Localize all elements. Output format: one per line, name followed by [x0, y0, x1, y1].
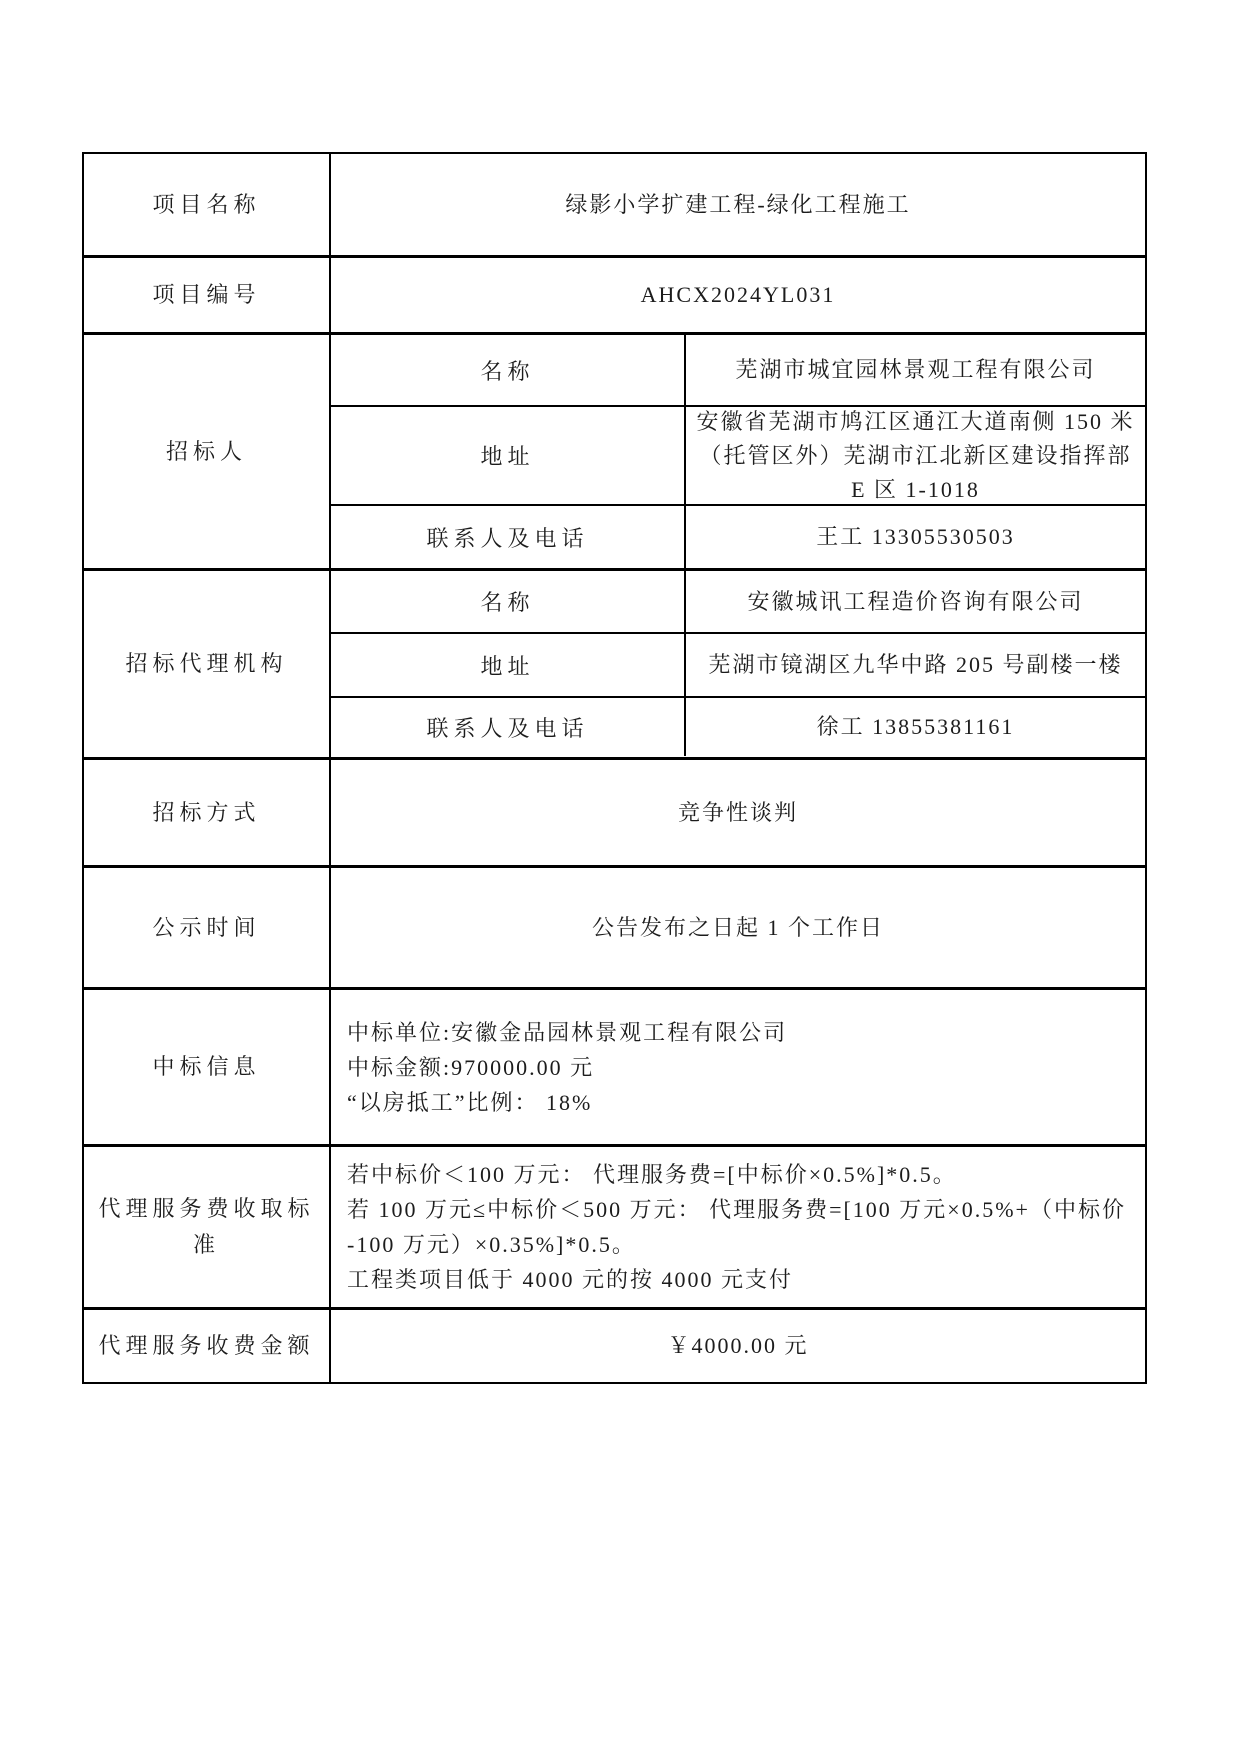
agency-contact-text: 徐工 13855381161: [817, 710, 1015, 744]
row-agency-section: 招标代理机构 名称 安徽城讯工程造价咨询有限公司 地址 芜湖市镜湖区九华中路 2…: [84, 568, 1145, 757]
tenderer-name-text: 芜湖市城宜园林景观工程有限公司: [735, 353, 1095, 387]
tender-method-value: 竞争性谈判: [329, 760, 1145, 865]
fee-standard-line: -100 万元）×0.35%]*0.5。: [347, 1227, 1135, 1262]
tenderer-name-row: 名称 芜湖市城宜园林景观工程有限公司: [331, 335, 1145, 405]
row-fee-standard: 代理服务费收取标准 若中标价＜100 万元： 代理服务费=[中标价×0.5%]*…: [84, 1144, 1145, 1307]
fee-standard-label: 代理服务费收取标准: [84, 1147, 329, 1307]
tenderer-section-body: 名称 芜湖市城宜园林景观工程有限公司 地址 安徽省芜湖市鸠江区通江大道南侧 15…: [329, 335, 1145, 568]
tender-info-table: 项目名称 绿影小学扩建工程-绿化工程施工 项目编号 AHCX2024YL031 …: [82, 152, 1147, 1384]
award-winner-line: 中标单位:安徽金品园林景观工程有限公司: [347, 1015, 1135, 1050]
row-fee-amount: 代理服务收费金额 ￥4000.00 元: [84, 1307, 1145, 1382]
agency-name-text: 安徽城讯工程造价咨询有限公司: [747, 585, 1083, 619]
agency-address-text: 芜湖市镜湖区九华中路 205 号副楼一楼: [708, 648, 1122, 682]
tenderer-address-line: （托管区外）芜湖市江北新区建设指挥部: [699, 439, 1131, 473]
fee-standard-line: 若中标价＜100 万元： 代理服务费=[中标价×0.5%]*0.5。: [347, 1157, 1135, 1192]
publicity-period-value: 公告发布之日起 1 个工作日: [329, 868, 1145, 987]
tenderer-contact-label: 联系人及电话: [331, 506, 684, 568]
tenderer-address-row: 地址 安徽省芜湖市鸠江区通江大道南侧 150 米 （托管区外）芜湖市江北新区建设…: [331, 405, 1145, 504]
row-tender-method: 招标方式 竞争性谈判: [84, 757, 1145, 865]
project-name-label: 项目名称: [84, 154, 329, 255]
agency-section-body: 名称 安徽城讯工程造价咨询有限公司 地址 芜湖市镜湖区九华中路 205 号副楼一…: [329, 571, 1145, 757]
fee-amount-label: 代理服务收费金额: [84, 1310, 329, 1382]
row-award-info: 中标信息 中标单位:安徽金品园林景观工程有限公司 中标金额:970000.00 …: [84, 987, 1145, 1144]
project-number-label: 项目编号: [84, 258, 329, 332]
row-publicity-period: 公示时间 公告发布之日起 1 个工作日: [84, 865, 1145, 987]
award-info-label: 中标信息: [84, 990, 329, 1144]
agency-contact-row: 联系人及电话 徐工 13855381161: [331, 696, 1145, 756]
fee-standard-line: 工程类项目低于 4000 元的按 4000 元支付: [347, 1262, 1135, 1297]
agency-name-row: 名称 安徽城讯工程造价咨询有限公司: [331, 571, 1145, 632]
document-page: 项目名称 绿影小学扩建工程-绿化工程施工 项目编号 AHCX2024YL031 …: [0, 0, 1239, 1754]
fee-standard-line: 若 100 万元≤中标价＜500 万元： 代理服务费=[100 万元×0.5%+…: [347, 1192, 1135, 1227]
agency-contact-value: 徐工 13855381161: [684, 698, 1145, 756]
agency-address-label: 地址: [331, 634, 684, 696]
tender-method-label: 招标方式: [84, 760, 329, 865]
row-tenderer-section: 招标人 名称 芜湖市城宜园林景观工程有限公司 地址 安徽省芜湖市鸠江区通江大道南…: [84, 332, 1145, 568]
agency-contact-label: 联系人及电话: [331, 698, 684, 756]
tenderer-name-label: 名称: [331, 335, 684, 405]
publicity-period-label: 公示时间: [84, 868, 329, 987]
tenderer-name-value: 芜湖市城宜园林景观工程有限公司: [684, 335, 1145, 405]
fee-amount-value: ￥4000.00 元: [329, 1310, 1145, 1382]
row-project-name: 项目名称 绿影小学扩建工程-绿化工程施工: [84, 154, 1145, 255]
tenderer-address-label: 地址: [331, 407, 684, 504]
agency-name-label: 名称: [331, 571, 684, 632]
agency-address-row: 地址 芜湖市镜湖区九华中路 205 号副楼一楼: [331, 632, 1145, 696]
tenderer-contact-value: 王工 13305530503: [684, 506, 1145, 568]
tenderer-contact-row: 联系人及电话 王工 13305530503: [331, 504, 1145, 568]
award-ratio-line: “以房抵工”比例： 18%: [347, 1085, 1135, 1120]
tenderer-label: 招标人: [84, 335, 329, 568]
row-project-number: 项目编号 AHCX2024YL031: [84, 255, 1145, 332]
fee-standard-value: 若中标价＜100 万元： 代理服务费=[中标价×0.5%]*0.5。 若 100…: [329, 1147, 1145, 1307]
tenderer-address-line: E 区 1-1018: [851, 473, 980, 507]
agency-address-value: 芜湖市镜湖区九华中路 205 号副楼一楼: [684, 634, 1145, 696]
tenderer-address-line: 安徽省芜湖市鸠江区通江大道南侧 150 米: [696, 405, 1134, 439]
tenderer-address-value: 安徽省芜湖市鸠江区通江大道南侧 150 米 （托管区外）芜湖市江北新区建设指挥部…: [684, 407, 1145, 504]
project-name-value: 绿影小学扩建工程-绿化工程施工: [329, 154, 1145, 255]
award-info-value: 中标单位:安徽金品园林景观工程有限公司 中标金额:970000.00 元 “以房…: [329, 990, 1145, 1144]
tenderer-contact-text: 王工 13305530503: [816, 520, 1015, 554]
agency-label: 招标代理机构: [84, 571, 329, 757]
agency-name-value: 安徽城讯工程造价咨询有限公司: [684, 571, 1145, 632]
award-amount-line: 中标金额:970000.00 元: [347, 1050, 1135, 1085]
project-number-value: AHCX2024YL031: [329, 258, 1145, 332]
